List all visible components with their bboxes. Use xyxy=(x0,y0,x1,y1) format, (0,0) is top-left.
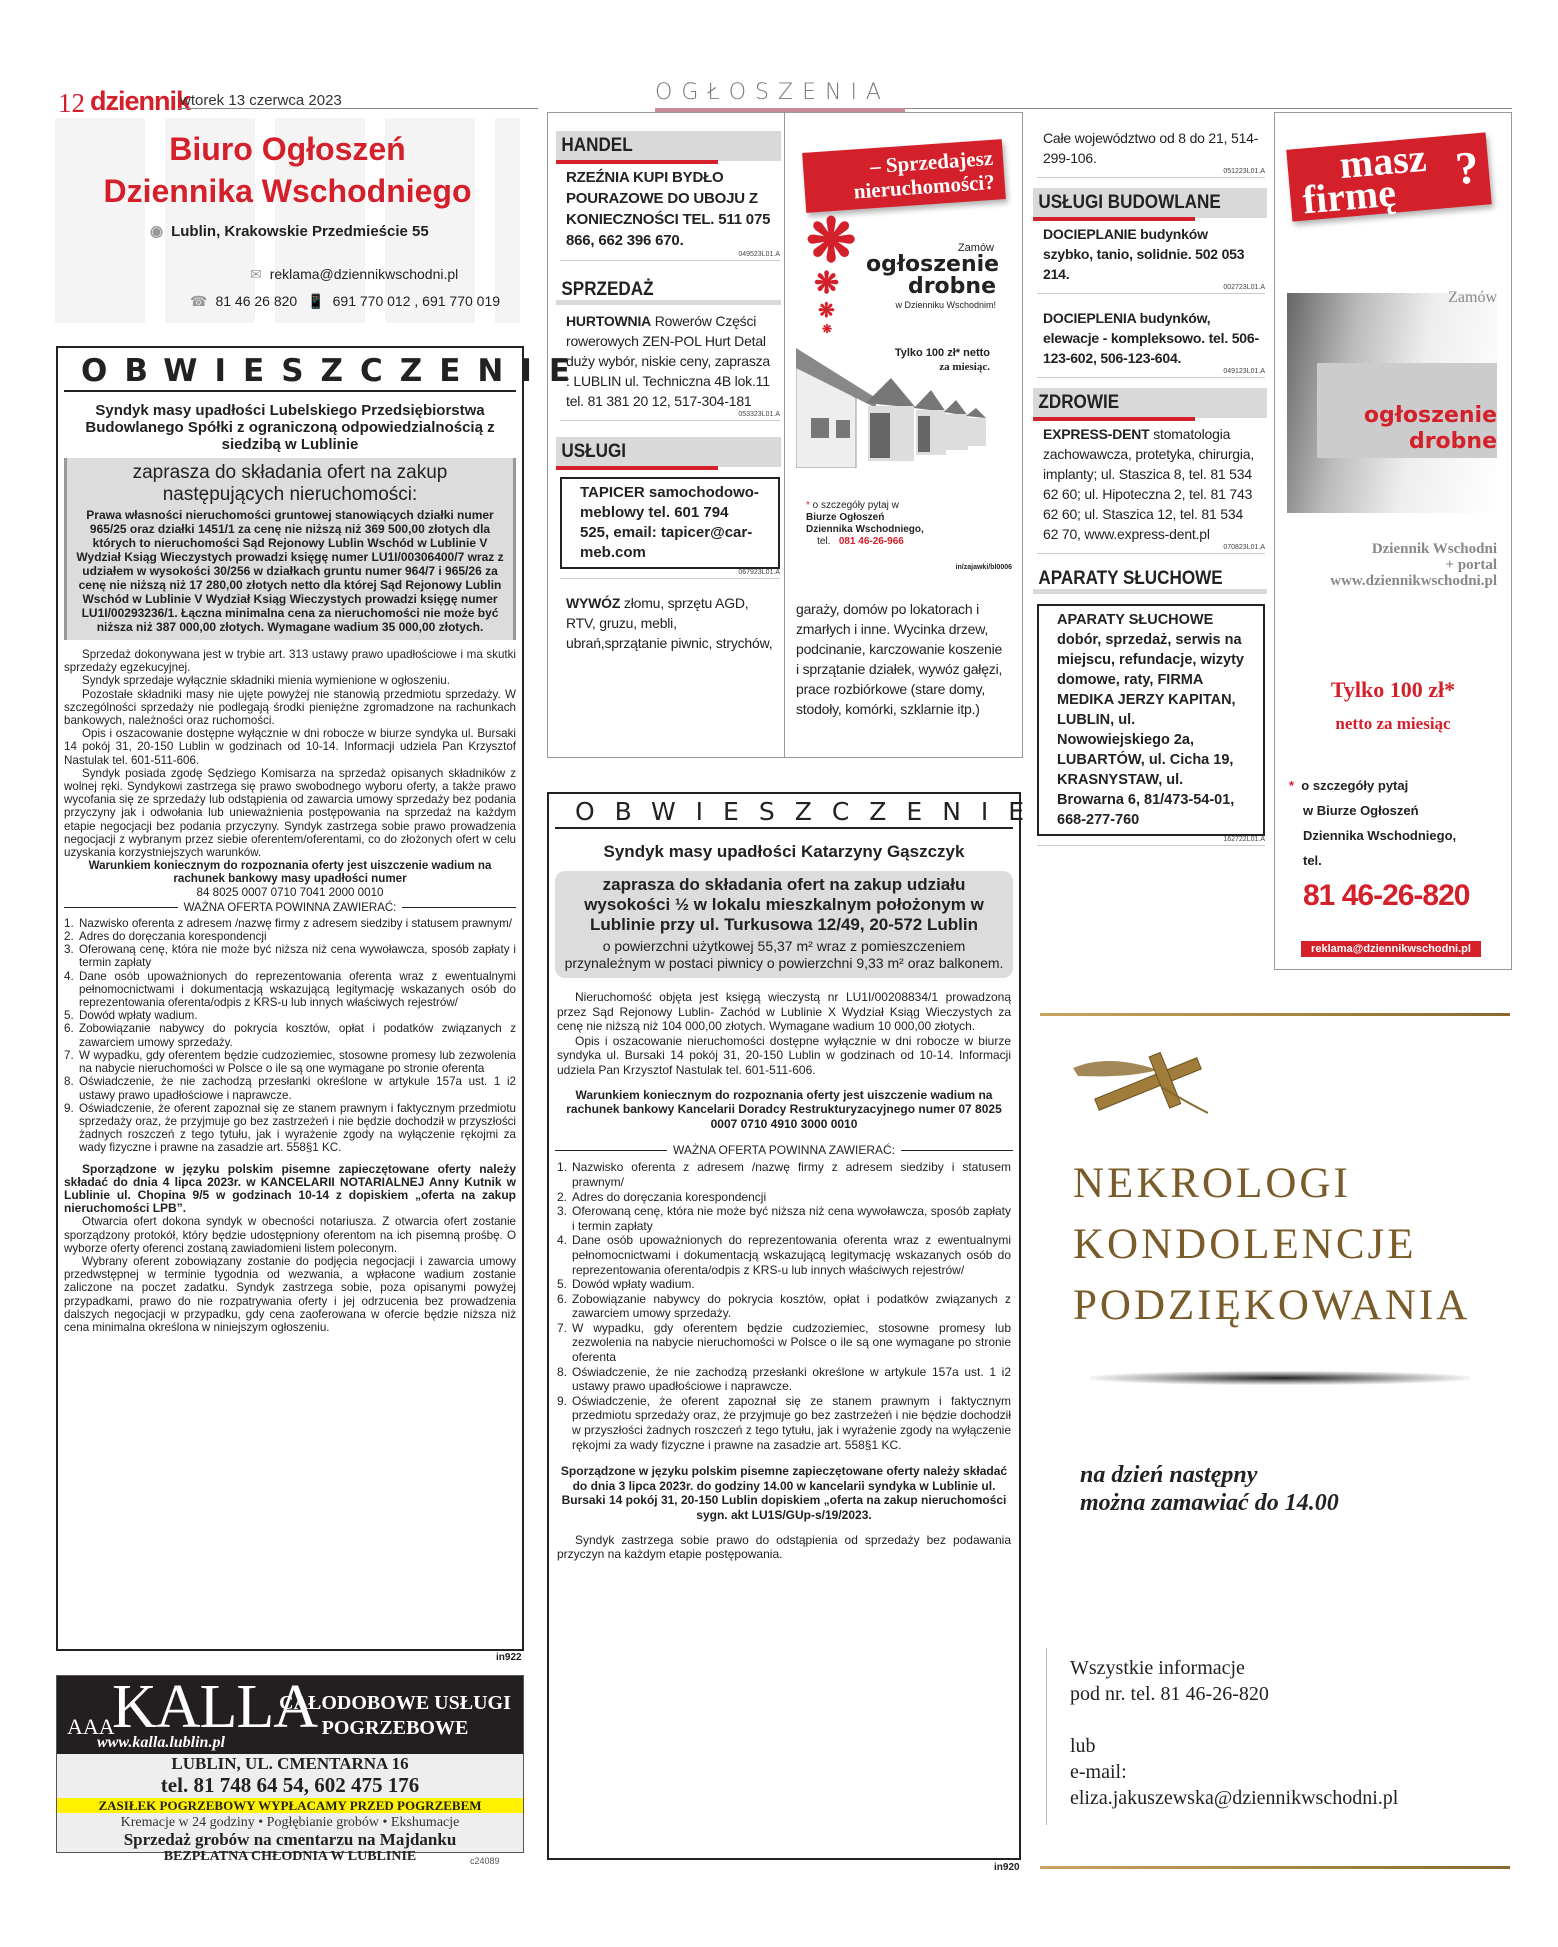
kalla-yellow-banner: ZASIŁEK POGRZEBOWY WYPŁACAMY PRZED POGRZ… xyxy=(57,1798,523,1813)
list-item: 6.Zobowiązanie nabywcy do pokrycia koszt… xyxy=(64,1022,516,1048)
asterisk-icon: * xyxy=(1289,778,1294,793)
ad-office-email[interactable]: ✉reklama@dziennikwschodni.pl xyxy=(250,266,458,283)
asterisk-icon: ❋ xyxy=(818,298,835,323)
notice-offer-box: zaprasza do składania ofert na zakup nas… xyxy=(64,458,516,640)
list-item: 4.Dane osób upoważnionych do reprezentow… xyxy=(557,1233,1011,1277)
deadline-text: Sporządzone w języku polskim pisemne zap… xyxy=(64,1163,516,1216)
classifieds-left-column: HANDEL RZEŹNIA KUPI BYDŁO POURAZOWE DO U… xyxy=(556,131,784,653)
requirements-list: 1.Nazwisko oferenta z adresem /nazwę fir… xyxy=(549,1160,1019,1452)
asterisk-icon: ❋ xyxy=(814,266,839,301)
obituaries-promo: NEKROLOGI KONDOLENCJE PODZIĘKOWANIA na d… xyxy=(1040,1003,1510,1883)
section-title: OGŁOSZENIA xyxy=(655,80,890,105)
promo-banner: – Sprzedajesz nieruchomości? xyxy=(802,139,1006,213)
boxed-ad-aparaty: APARATY SŁUCHOWE dobór, sprzedaż, serwis… xyxy=(1037,604,1265,836)
divider xyxy=(1046,1648,1047,1825)
category-handel: HANDEL xyxy=(556,131,781,161)
list-item: 2.Adres do doręczania korespondencji xyxy=(557,1190,1011,1205)
list-item: 5.Dowód wpłaty wadium. xyxy=(64,1009,516,1022)
obituaries-title: NEKROLOGI KONDOLENCJE PODZIĘKOWANIA xyxy=(1073,1153,1470,1336)
promo-masz-firme: masz firmę ? Zamów ogłoszenie drobne Dzi… xyxy=(1275,112,1512,970)
classified-ad: WYWÓZ złomu, sprzętu AGD, RTV, gruzu, me… xyxy=(556,587,784,653)
category-sprzedaz: SPRZEDAŻ xyxy=(556,275,781,305)
category-zdrowie: ZDROWIE xyxy=(1033,388,1267,418)
list-item: 4.Dane osób upoważnionych do reprezentow… xyxy=(64,970,516,1010)
deadline-text: Sporządzone w języku polskim pisemne zap… xyxy=(557,1464,1011,1522)
list-item: 8.Oświadczenie, że nie zachodzą przesłan… xyxy=(64,1075,516,1101)
ad-code: in/zajawki/bl0006 xyxy=(956,564,1012,571)
gold-rule xyxy=(1040,1866,1510,1869)
ad-code: in920 xyxy=(994,1862,1020,1873)
notice-heading: OBWIESZCZENIE xyxy=(555,797,1013,829)
ad-office-address: ◉Lublin, Krakowskie Przedmieście 55 xyxy=(150,222,429,240)
funeral-ad-kalla: AAA KALLA www.kalla.lublin.pl CAŁODOBOWE… xyxy=(56,1675,524,1853)
list-item: 8.Oświadczenie, że nie zachodzą przesłan… xyxy=(557,1365,1011,1394)
newspaper-logo: dziennik xyxy=(90,86,190,117)
boxed-ad-tapicer: TAPICER samochodowo-meblowy tel. 601 794… xyxy=(560,477,780,569)
gold-rule xyxy=(1040,1013,1510,1016)
notice-offer-box: zaprasza do składania ofert na zakup udz… xyxy=(555,871,1013,978)
ad-office-banner: Biuro Ogłoszeń Dziennika Wschodniego ◉Lu… xyxy=(55,118,520,323)
notice-subtitle: Syndyk masy upadłości Lubelskiego Przeds… xyxy=(58,402,522,453)
asterisk-icon: * xyxy=(806,500,813,511)
classifieds-right: Całe województwo od 8 do 21, 514-299-106… xyxy=(1023,112,1275,970)
ad-office-phones: ☎81 46 26 820📱691 770 012 , 691 770 019 xyxy=(190,293,500,310)
promo-contact: * o szczegóły pytaj w Biurze Ogłoszeń Dz… xyxy=(806,500,924,548)
phone-icon: ☎ xyxy=(190,293,207,310)
list-item: 2.Adres do doręczania korespondencji xyxy=(64,930,516,943)
issue-date: wtorek 13 czerwca 2023 xyxy=(180,92,342,109)
classified-ad: EXPRESS-DENT stomatologia zachowawcza, p… xyxy=(1033,418,1269,544)
bank-account: 84 8025 0007 0710 7041 2000 0010 xyxy=(64,886,516,899)
header-rule xyxy=(178,108,538,109)
obituaries-contact: Wszystkie informacje pod nr. tel. 81 46-… xyxy=(1070,1655,1398,1811)
page-number: 12 xyxy=(58,88,85,119)
ad-code: c24089 xyxy=(470,1856,500,1866)
classifieds-continuation: garaży, domów po lokatorach i zmarłych i… xyxy=(786,593,1014,719)
mobile-phone-icon: 📱 xyxy=(307,293,324,310)
list-title: WAŻNA OFERTA POWINNA ZAWIERAĆ: xyxy=(58,902,522,914)
list-item: 3.Oferowaną cenę, która nie może być niż… xyxy=(64,943,516,969)
notice-heading: OBWIESZCZENIE xyxy=(64,352,516,392)
classified-ad: DOCIEPLENIA budynków, elewacje - komplek… xyxy=(1033,302,1269,368)
notice-gaszczyk: OBWIESZCZENIE Syndyk masy upadłości Kata… xyxy=(547,792,1021,1860)
envelope-icon: ✉ xyxy=(250,266,262,283)
classified-ad: HURTOWNIA Rowerów Części rowerowych ZEN-… xyxy=(556,305,784,411)
list-item: 9.Oświadczenie, że oferent zapoznał się … xyxy=(557,1394,1011,1452)
list-item: 7.W wypadku, gdy oferentem będzie cudzoz… xyxy=(557,1321,1011,1365)
list-title: WAŻNA OFERTA POWINNA ZAWIERAĆ: xyxy=(549,1143,1019,1157)
promo-email[interactable]: reklama@dziennikwschodni.pl xyxy=(1301,941,1481,957)
category-uslugi: USŁUGI xyxy=(556,437,781,467)
promo-phone[interactable]: 81 46-26-820 xyxy=(1303,879,1469,913)
notice-subtitle: Syndyk masy upadłości Katarzyny Gąszczyk xyxy=(549,841,1019,863)
asterisk-icon: ❋ xyxy=(822,322,832,336)
cross-with-palm-icon xyxy=(1068,1048,1208,1118)
list-item: 1.Nazwisko oferenta z adresem /nazwę fir… xyxy=(64,917,516,930)
column-divider xyxy=(784,113,785,757)
location-pin-icon: ◉ xyxy=(150,222,163,240)
category-uslugi-budowlane: USŁUGI BUDOWLANE xyxy=(1033,188,1267,218)
obituaries-email[interactable]: eliza.jakuszewska@dziennikwschodni.pl xyxy=(1070,1785,1398,1811)
list-item: 5.Dowód wpłaty wadium. xyxy=(557,1277,1011,1292)
promo-contact: * o szczegóły pytaj w Biurze Ogłoszeń Dz… xyxy=(1289,773,1456,873)
classified-ad: DOCIEPLANIE budynków szybko, tanio, soli… xyxy=(1033,218,1269,284)
classified-ad: RZEŹNIA KUPI BYDŁO POURAZOWE DO UBOJU Z … xyxy=(556,161,784,251)
kalla-url[interactable]: www.kalla.lublin.pl xyxy=(97,1734,225,1752)
list-item: 9.Oświadczenie, że oferent zapoznał się … xyxy=(64,1102,516,1155)
notice-body: Nieruchomość objęta jest księgą wieczyst… xyxy=(549,990,1019,1131)
notice-lpb: OBWIESZCZENIE Syndyk masy upadłości Lube… xyxy=(56,346,524,1651)
decorative-shadow xyxy=(1090,1371,1470,1385)
ad-code: in922 xyxy=(496,1652,522,1663)
list-item: 3.Oferowaną cenę, która nie może być niż… xyxy=(557,1204,1011,1233)
requirements-list: 1.Nazwisko oferenta z adresem /nazwę fir… xyxy=(58,917,522,1155)
promo-banner: masz firmę ? xyxy=(1286,132,1492,221)
category-aparaty-sluchowe: APARATY SŁUCHOWE xyxy=(1033,564,1267,594)
order-deadline: na dzień następny można zamawiać do 14.0… xyxy=(1080,1461,1339,1517)
list-item: 7.W wypadku, gdy oferentem będzie cudzoz… xyxy=(64,1049,516,1075)
header-rule-right xyxy=(905,108,1512,109)
list-item: 6.Zobowiązanie nabywcy do pokrycia koszt… xyxy=(557,1292,1011,1321)
promo-sell-property: – Sprzedajesz nieruchomości? ❋ ❋ ❋ ❋ Zam… xyxy=(786,118,1020,573)
notice-body: Sprzedaż dokonywana jest w trybie art. 3… xyxy=(58,648,522,899)
houses-illustration xyxy=(796,348,996,468)
ad-office-title: Biuro Ogłoszeń Dziennika Wschodniego xyxy=(55,128,520,212)
list-item: 1.Nazwisko oferenta z adresem /nazwę fir… xyxy=(557,1160,1011,1189)
